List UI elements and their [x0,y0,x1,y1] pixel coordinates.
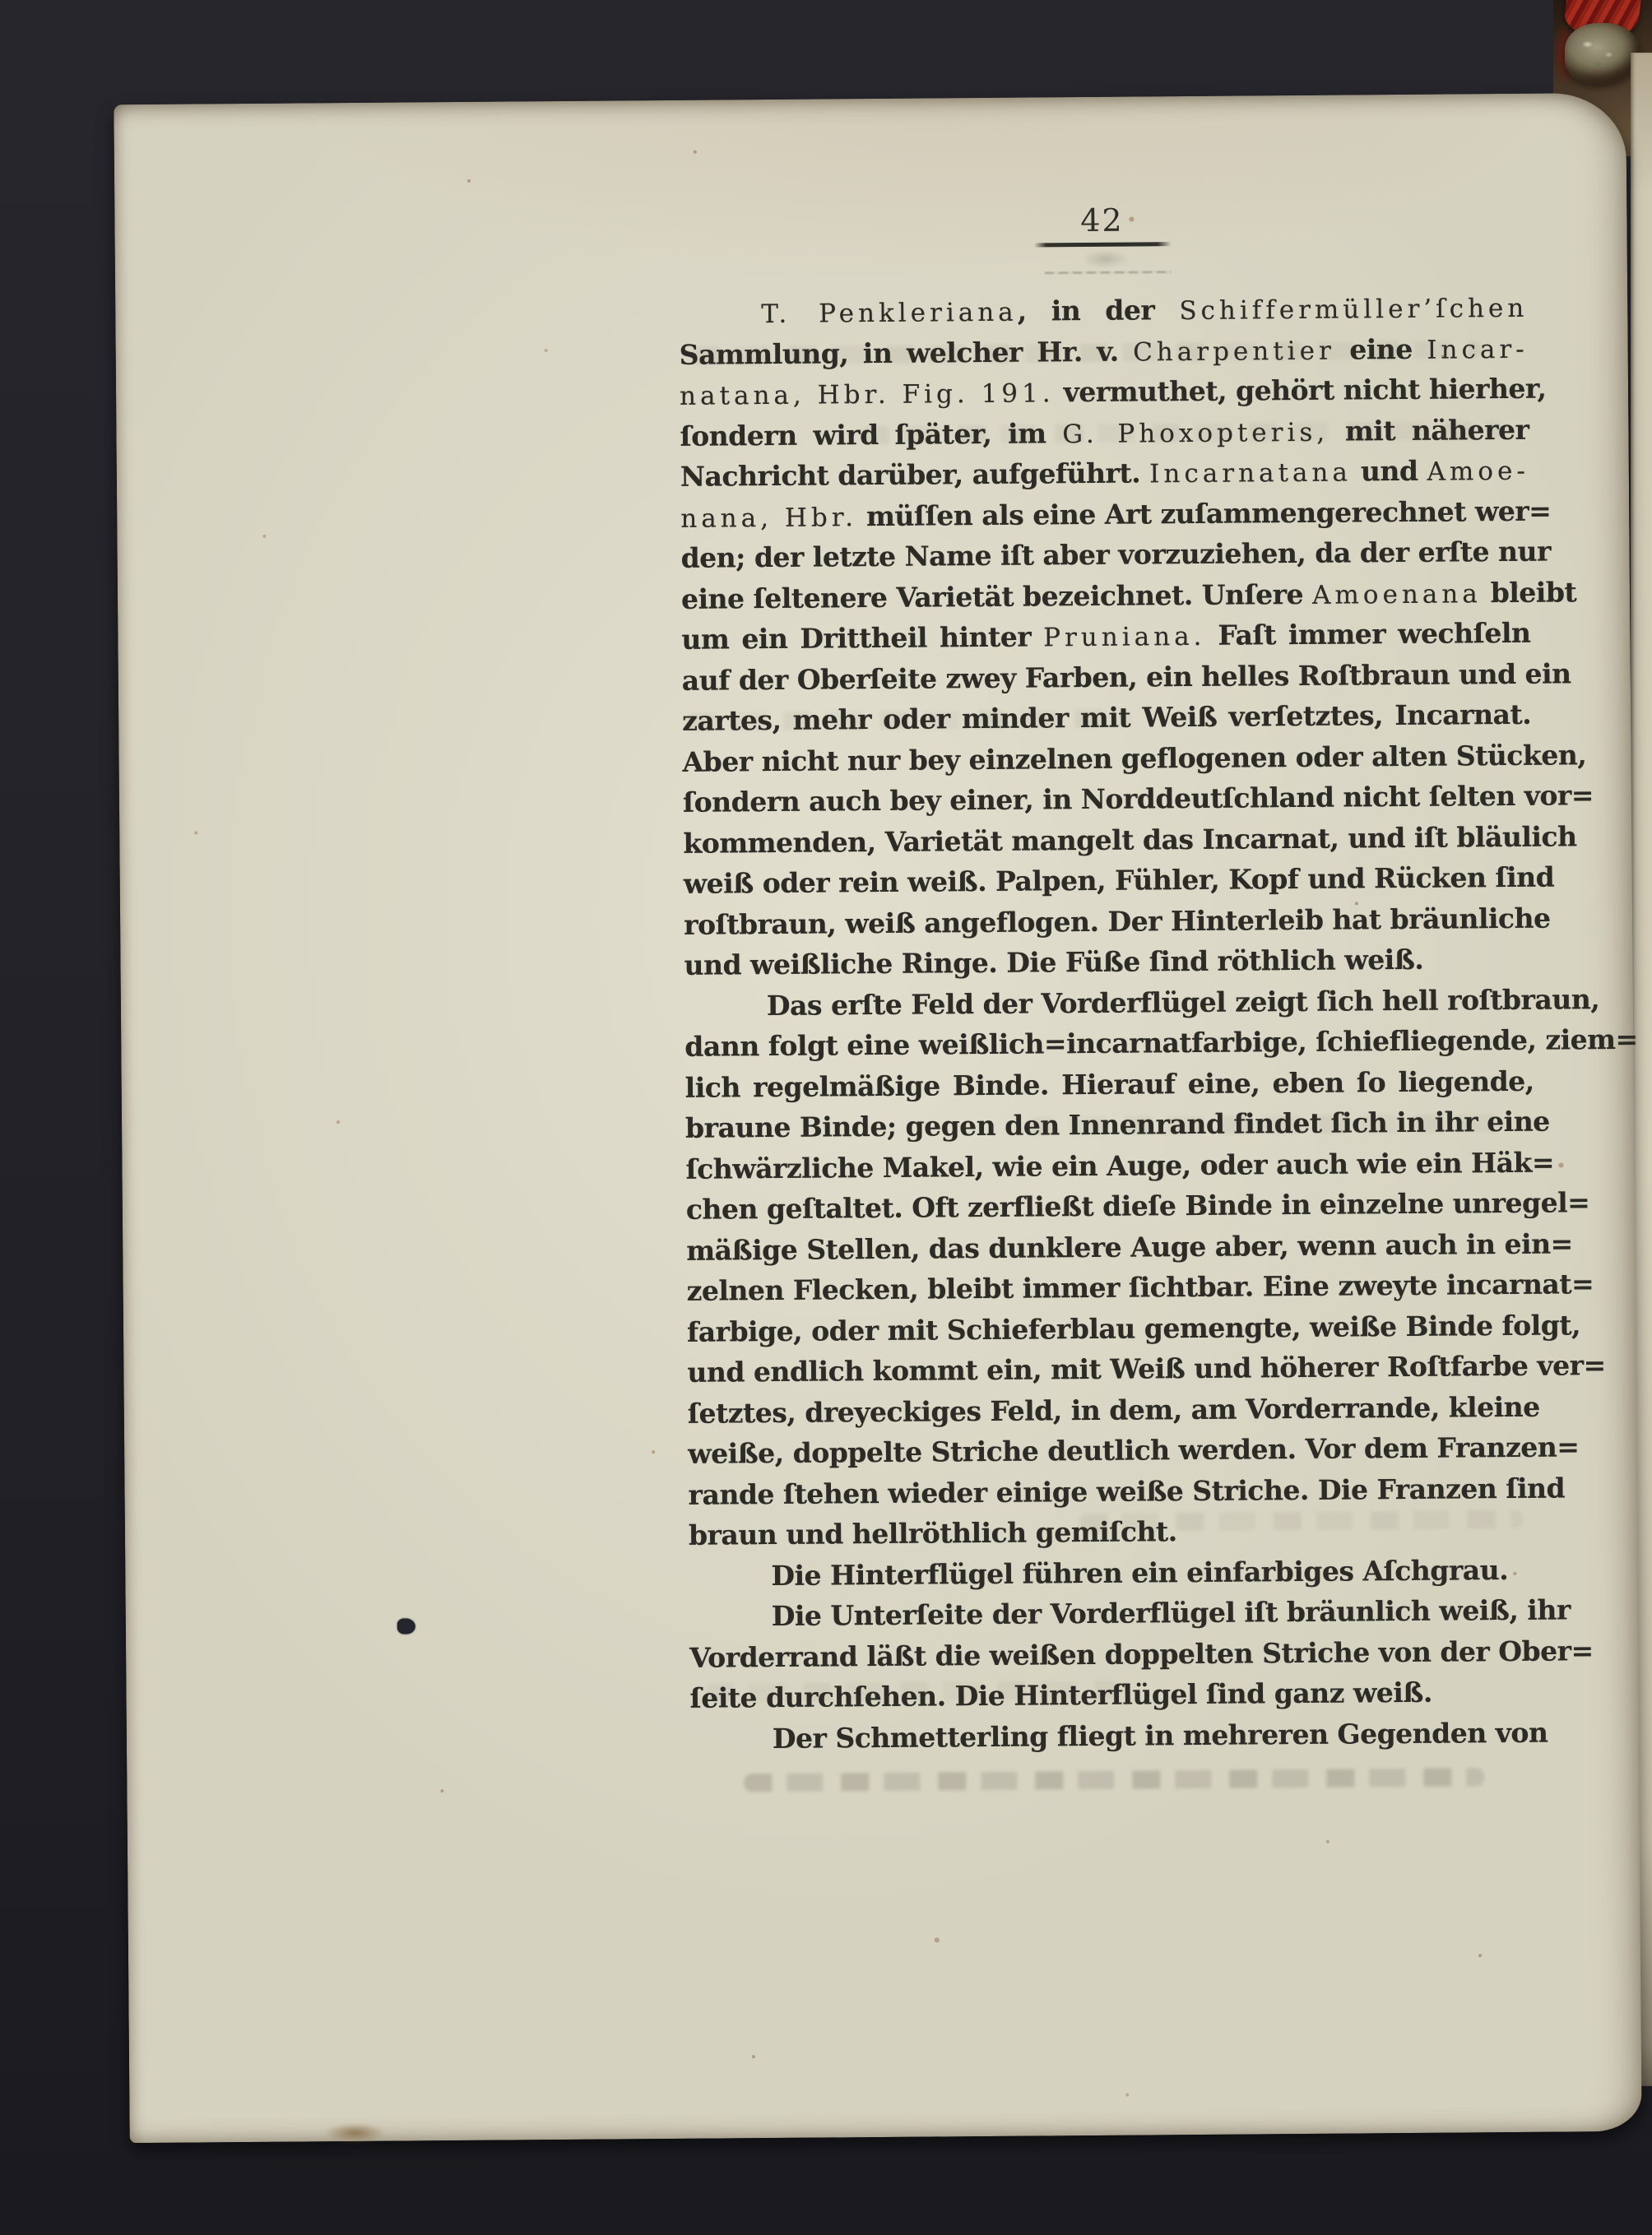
antiqua-text: Incar- [1427,334,1529,364]
text-line: ſetztes, dreyeckiges Feld, in dem, am Vo… [688,1386,1537,1434]
fraktur-text: und [1352,455,1427,488]
text-line: roſtbraun, weiß angeflogen. Der Hinterle… [684,897,1533,945]
fraktur-text: und endlich kommt ein, mit Weiß und höhe… [687,1349,1606,1389]
text-line: eine ſeltenere Varietät bezeichnet. Unſe… [681,572,1530,619]
fraktur-text: eine [1335,332,1427,365]
antiqua-text: T. Penkleriana [761,298,1018,329]
fraktur-text: ſetztes, dreyeckiges Feld, in dem, am Vo… [688,1390,1540,1429]
fraktur-text: kommenden, Varietät mangelt das Incarnat… [683,820,1576,860]
spine-glue-blob [1565,23,1640,84]
show-through-smudges [114,93,1626,104]
fraktur-text: weiße, doppelte Striche deutlich werden.… [688,1430,1580,1470]
page-number: 42 [1052,203,1151,237]
text-line: und endlich kommt ein, mit Weiß und höhe… [687,1346,1536,1393]
fraktur-text: eine ſeltenere Varietät bezeichnet. Unſe… [681,577,1312,614]
text-line: ſchwärzliche Makel, wie ein Auge, oder a… [685,1142,1534,1189]
antiqua-text: Pruniana. [1043,622,1206,653]
text-line: Nachricht darüber, aufgeführt. Incarnata… [680,450,1529,498]
text-line: ſondern auch bey einer, in Norddeutſchla… [683,776,1532,823]
text-line: zelnen Flecken, bleibt immer ſichtbar. E… [686,1264,1535,1312]
fraktur-text: um ein Drittheil hinter [681,620,1043,655]
text-block: T. Penkleriana, in der Schiffermüller’ſc… [679,287,1539,1760]
book-page: 42 T. Penkleriana, in der Schiffermüller… [114,93,1641,2143]
text-line: ſondern wird ſpäter, im G. Phoxopteris, … [680,409,1529,457]
text-line: nana, Hbr. müſſen als eine Art zuſammeng… [680,490,1529,538]
text-line: Aber nicht nur bey einzelnen geflogenen … [682,735,1531,782]
text-line: Die Hinterflügel führen ein einfarbiges … [689,1549,1538,1597]
text-line: ſeite durchſehen. Die Hinterflügel ſind … [689,1672,1538,1719]
fraktur-text: ſondern wird ſpäter, im [680,417,1062,452]
text-line: und weißliche Ringe. Die Füße ſind röthl… [684,939,1533,986]
text-line: weiße, doppelte Striche deutlich werden.… [688,1427,1537,1475]
fraktur-text: vermuthet, gehört nicht hierher, [1054,373,1546,409]
text-line: kommenden, Varietät mangelt das Incarnat… [683,816,1532,864]
text-line: braune Binde; gegen den Innenrand findet… [685,1101,1534,1149]
text-line: chen geſtaltet. Oft zerfließt dieſe Bind… [686,1183,1535,1231]
fraktur-text: Die Unterſeite der Vorderflügel iſt bräu… [772,1593,1571,1632]
text-line: T. Penkleriana, in der Schiffermüller’ſc… [679,287,1528,335]
text-line: dann folgt eine weißlich=incarnatfarbige… [684,1020,1534,1068]
page-number-rule [1034,242,1172,247]
text-line: braun und hellröthlich gemiſcht. [689,1509,1538,1556]
fraktur-text: Sammlung, in welcher Hr. v. [680,335,1134,370]
page-number-show-through [1083,250,1129,268]
fraktur-text: müſſen als eine Art zuſammengerechnet we… [857,494,1552,532]
fraktur-text: rande ſtehen wieder einige weiße Striche… [688,1472,1565,1510]
text-line: weiß oder rein weiß. Palpen, Fühler, Kop… [684,857,1533,905]
fraktur-text: farbige, oder mit Schieferblau gemengte,… [687,1309,1580,1348]
text-line: Die Unterſeite der Vorderflügel iſt bräu… [689,1590,1538,1638]
fraktur-text: bleibt [1482,576,1577,609]
fraktur-text: braune Binde; gegen den Innenrand findet… [685,1106,1550,1144]
text-line: Der Schmetterling fliegt in mehreren Geg… [690,1712,1539,1760]
antiqua-text: G. Phoxopteris, [1062,417,1329,449]
fraktur-text: mäßige Stellen, das dunklere Auge aber, … [686,1227,1573,1266]
text-line: Das erſte Feld der Vorderflügel zeigt ſi… [684,979,1534,1027]
fraktur-text: mit näherer [1329,413,1529,447]
ink-blot [397,1618,415,1634]
fraktur-text: zelnen Flecken, bleibt immer ſichtbar. E… [686,1268,1594,1307]
show-through-row [744,1768,1484,1792]
text-line: um ein Drittheil hinter Pruniana. Faſt i… [681,613,1530,661]
fraktur-text: Der Schmetterling fliegt in mehreren Geg… [773,1716,1548,1754]
fraktur-text: chen geſtaltet. Oft zerfließt dieſe Bind… [686,1186,1590,1226]
text-line: den; der letzte Name iſt aber vorzuziehe… [680,531,1529,579]
text-line: Sammlung, in welcher Hr. v. Charpentier … [680,327,1529,375]
fraktur-text: Faſt immer wechſeln [1205,617,1530,651]
text-line: Vorderrand läßt die weißen doppelten Str… [689,1630,1538,1678]
fraktur-text: Vorderrand läßt die weißen doppelten Str… [689,1635,1594,1674]
fraktur-text: und weißliche Ringe. Die Füße ſind röthl… [684,944,1423,981]
antiqua-text: nana, Hbr. [680,503,857,534]
fraktur-text: , in der [1018,294,1180,327]
bottom-edge-stain [325,2123,386,2144]
fraktur-text: weiß oder rein weiß. Palpen, Fühler, Kop… [684,861,1555,900]
fraktur-text: Nachricht darüber, aufgeführt. [680,457,1150,492]
antiqua-text: Amoenana [1312,579,1482,610]
text-line: farbige, oder mit Schieferblau gemengte,… [687,1305,1536,1352]
fraktur-text: den; der letzte Name iſt aber vorzuziehe… [680,536,1551,574]
fraktur-text: Das erſte Feld der Vorderflügel zeigt ſi… [767,983,1600,1022]
fraktur-text: auf der Oberſeite zwey Farben, ein helle… [682,657,1571,696]
antiqua-text: Incarnatana [1149,457,1352,489]
antiqua-text: Charpentier [1133,336,1335,367]
text-line: rande ſtehen wieder einige weiße Striche… [688,1468,1537,1515]
fraktur-text: zartes, mehr oder minder mit Weiß verſet… [682,698,1531,737]
fraktur-text: roſtbraun, weiß angeflogen. Der Hinterle… [684,902,1551,940]
fraktur-text: ſondern auch bey einer, in Norddeutſchla… [683,779,1594,818]
text-line: mäßige Stellen, das dunklere Auge aber, … [686,1223,1535,1271]
antiqua-text: Amoe- [1427,457,1529,487]
antiqua-text: Schiffermüller’ſchen [1179,294,1528,326]
fraktur-text: lich regelmäßige Binde. Hierauf eine, eb… [685,1064,1534,1103]
antiqua-text: natana, Hbr. Fig. 191. [680,378,1055,411]
fraktur-text: ſchwärzliche Makel, wie ein Auge, oder a… [685,1146,1554,1185]
text-line: natana, Hbr. Fig. 191. vermuthet, gehört… [680,369,1529,416]
fraktur-text: Die Hinterflügel führen ein einfarbiges … [771,1554,1508,1592]
paper-speckles [114,104,115,106]
scanned-page-canvas: 42 T. Penkleriana, in der Schiffermüller… [0,0,1652,2235]
fraktur-text: braun und hellröthlich gemiſcht. [689,1515,1177,1551]
text-line: zartes, mehr oder minder mit Weiß verſet… [682,694,1531,742]
fraktur-text: Aber nicht nur bey einzelnen geflogenen … [682,739,1586,778]
fraktur-text: dann folgt eine weißlich=incarnatfarbige… [684,1023,1638,1063]
fraktur-text: ſeite durchſehen. Die Hinterflügel ſind … [689,1676,1432,1714]
text-line: auf der Oberſeite zwey Farben, ein helle… [682,653,1531,701]
page-number-rule-show-through [1045,271,1172,274]
text-line: lich regelmäßige Binde. Hierauf eine, eb… [685,1060,1534,1108]
